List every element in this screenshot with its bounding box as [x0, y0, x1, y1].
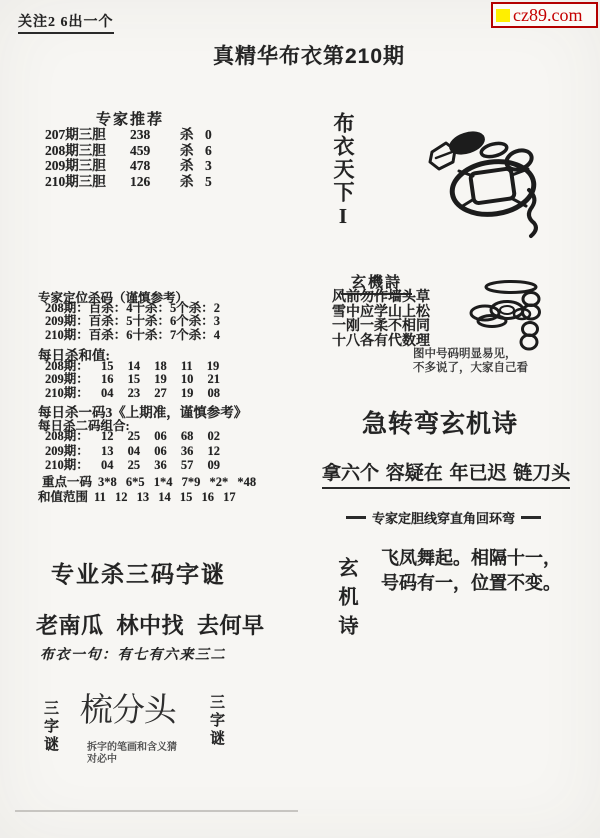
- kill-label: 杀: [180, 127, 205, 143]
- scan-artifact-line: [15, 810, 298, 812]
- list-item: 210期：04 25 36 57 09: [45, 458, 220, 473]
- caption-line: 不多说了，大家自己看: [413, 361, 528, 375]
- expert-recommend-table: 207期三胆238杀0 208期三胆459杀6 209期三胆478杀3 210期…: [45, 127, 212, 189]
- daily-kill-sum-rows: 208期：15 14 18 11 19 209期：16 15 19 10 21 …: [45, 360, 220, 400]
- dan-cell: 478: [130, 158, 180, 174]
- daily-two-code-rows: 208期：12 25 06 68 02 209期：13 04 06 36 12 …: [45, 429, 220, 473]
- cz89-logo[interactable]: cz89.com: [491, 2, 598, 28]
- row-label: 210期：: [45, 387, 101, 400]
- page-title: 真精华布衣第210期: [0, 40, 600, 70]
- xuanji-bottom-lines: 飞凤舞起。相隔十一， 号码有一，位置不变。: [381, 546, 561, 596]
- row-values: 16 15 19 10 21: [101, 372, 220, 386]
- xuanji-bottom-vertical-title: 玄机诗: [332, 557, 361, 644]
- list-item: 210期：04 23 27 19 08: [45, 387, 220, 400]
- issue-cell: 207期三胆: [45, 127, 130, 143]
- dan-cell: 459: [130, 143, 180, 159]
- three-char-riddle-label-right: 三字谜: [206, 694, 227, 748]
- sum-range-values: 11 12 13 14 15 16 17: [94, 490, 236, 504]
- row-label: 210期：: [45, 458, 101, 473]
- row-label: 209期：: [45, 444, 101, 459]
- row-values: 13 04 06 36 12: [101, 444, 220, 458]
- issue-cell: 209期三胆: [45, 158, 130, 174]
- kill-cell: 3: [205, 158, 212, 174]
- kill-cell: 0: [205, 127, 212, 143]
- circles-number-sketch: [461, 277, 553, 357]
- poem-line: 一刚一柔不相同: [332, 320, 430, 335]
- xuanji-poem-lines: 风前勿作墙头草 雪中应学山上松 一刚一柔不相同 十八各有代数理: [332, 291, 430, 349]
- scanned-lottery-sheet: 关注2 6出一个 cz89.com 真精华布衣第210期 专家推荐 207期三胆…: [0, 0, 600, 838]
- focus-note: 关注2 6出一个: [18, 11, 114, 34]
- issue-cell: 210期三胆: [45, 174, 130, 190]
- list-item: 210期：百杀：6十杀：7个杀：4: [45, 329, 220, 342]
- three-char-answer: 梳分头: [79, 684, 177, 731]
- poem-line: 飞凤舞起。相隔十一，: [381, 546, 561, 571]
- sketch-caption: 图中号码明显易见， 不多说了，大家自己看: [413, 347, 528, 375]
- list-item: 209期：13 04 06 36 12: [45, 444, 220, 459]
- kill-label: 杀: [180, 158, 205, 174]
- buyi-sentence: 布衣一句：有七有六来三二: [40, 644, 226, 664]
- table-row: 207期三胆238杀0: [45, 127, 212, 143]
- kill-cell: 5: [205, 174, 212, 190]
- logo-text: cz89.com: [513, 6, 582, 24]
- divider-dash: [521, 516, 541, 519]
- kill-label: 杀: [180, 143, 205, 159]
- divider-dash: [346, 516, 366, 519]
- table-row: 209期三胆478杀3: [45, 158, 212, 174]
- position-kill-rows: 208期：百杀：4十杀：5个杀：2 209期：百杀：5十杀：6个杀：3 210期…: [45, 302, 220, 342]
- row-values: 15 14 18 11 19: [101, 359, 219, 373]
- note-line: 拆字的笔画和含义猜: [87, 742, 177, 754]
- buyi-tianxia-vertical-title: 布衣天下I: [328, 112, 358, 230]
- expert-recommend-title: 专家推荐: [96, 108, 164, 129]
- dan-cell: 238: [130, 127, 180, 143]
- coin-turtle-sketch: [413, 117, 561, 243]
- three-char-riddle-label-left: 三字谜: [40, 700, 61, 754]
- three-char-note: 拆字的笔画和含义猜 对必中: [87, 742, 177, 765]
- divider-text: 专家定胆线穿直角回环弯: [372, 508, 515, 527]
- list-item: 208期：12 25 06 68 02: [45, 429, 220, 444]
- kill-cell: 6: [205, 143, 212, 159]
- row-values: 04 23 27 19 08: [101, 386, 220, 400]
- caption-line: 图中号码明显易见，: [413, 347, 528, 361]
- list-item: 209期：百杀：5十杀：6个杀：3: [45, 315, 220, 328]
- poem-line: 号码有一，位置不变。: [381, 571, 561, 596]
- sharp-turn-title: 急转弯玄机诗: [362, 404, 518, 440]
- row-label: 208期：: [45, 429, 101, 444]
- sharp-turn-riddle: 拿六个 容疑在 年已迟 链刀头: [322, 458, 570, 489]
- table-row: 208期三胆459杀6: [45, 143, 212, 159]
- kill-label: 杀: [180, 174, 205, 190]
- sum-range-row: 和值范围11 12 13 14 15 16 17: [38, 487, 236, 505]
- list-item: 209期：16 15 19 10 21: [45, 373, 220, 386]
- note-line: 对必中: [87, 754, 177, 766]
- poem-line: 风前勿作墙头草: [332, 291, 430, 306]
- row-values: 12 25 06 68 02: [101, 429, 220, 443]
- issue-cell: 208期三胆: [45, 143, 130, 159]
- row-label: 209期：: [45, 373, 101, 386]
- kill-three-riddle: 老南瓜 林中找 去何早: [36, 609, 265, 640]
- poem-line: 雪中应学山上松: [332, 306, 430, 321]
- dan-cell: 126: [130, 174, 180, 190]
- kill-three-title: 专业杀三码字谜: [51, 556, 226, 589]
- sum-range-label: 和值范围: [38, 490, 88, 504]
- logo-yellow-square-icon: [496, 9, 510, 22]
- row-values: 04 25 36 57 09: [101, 458, 220, 472]
- table-row: 210期三胆126杀5: [45, 174, 212, 190]
- expert-divider: 专家定胆线穿直角回环弯: [340, 508, 547, 527]
